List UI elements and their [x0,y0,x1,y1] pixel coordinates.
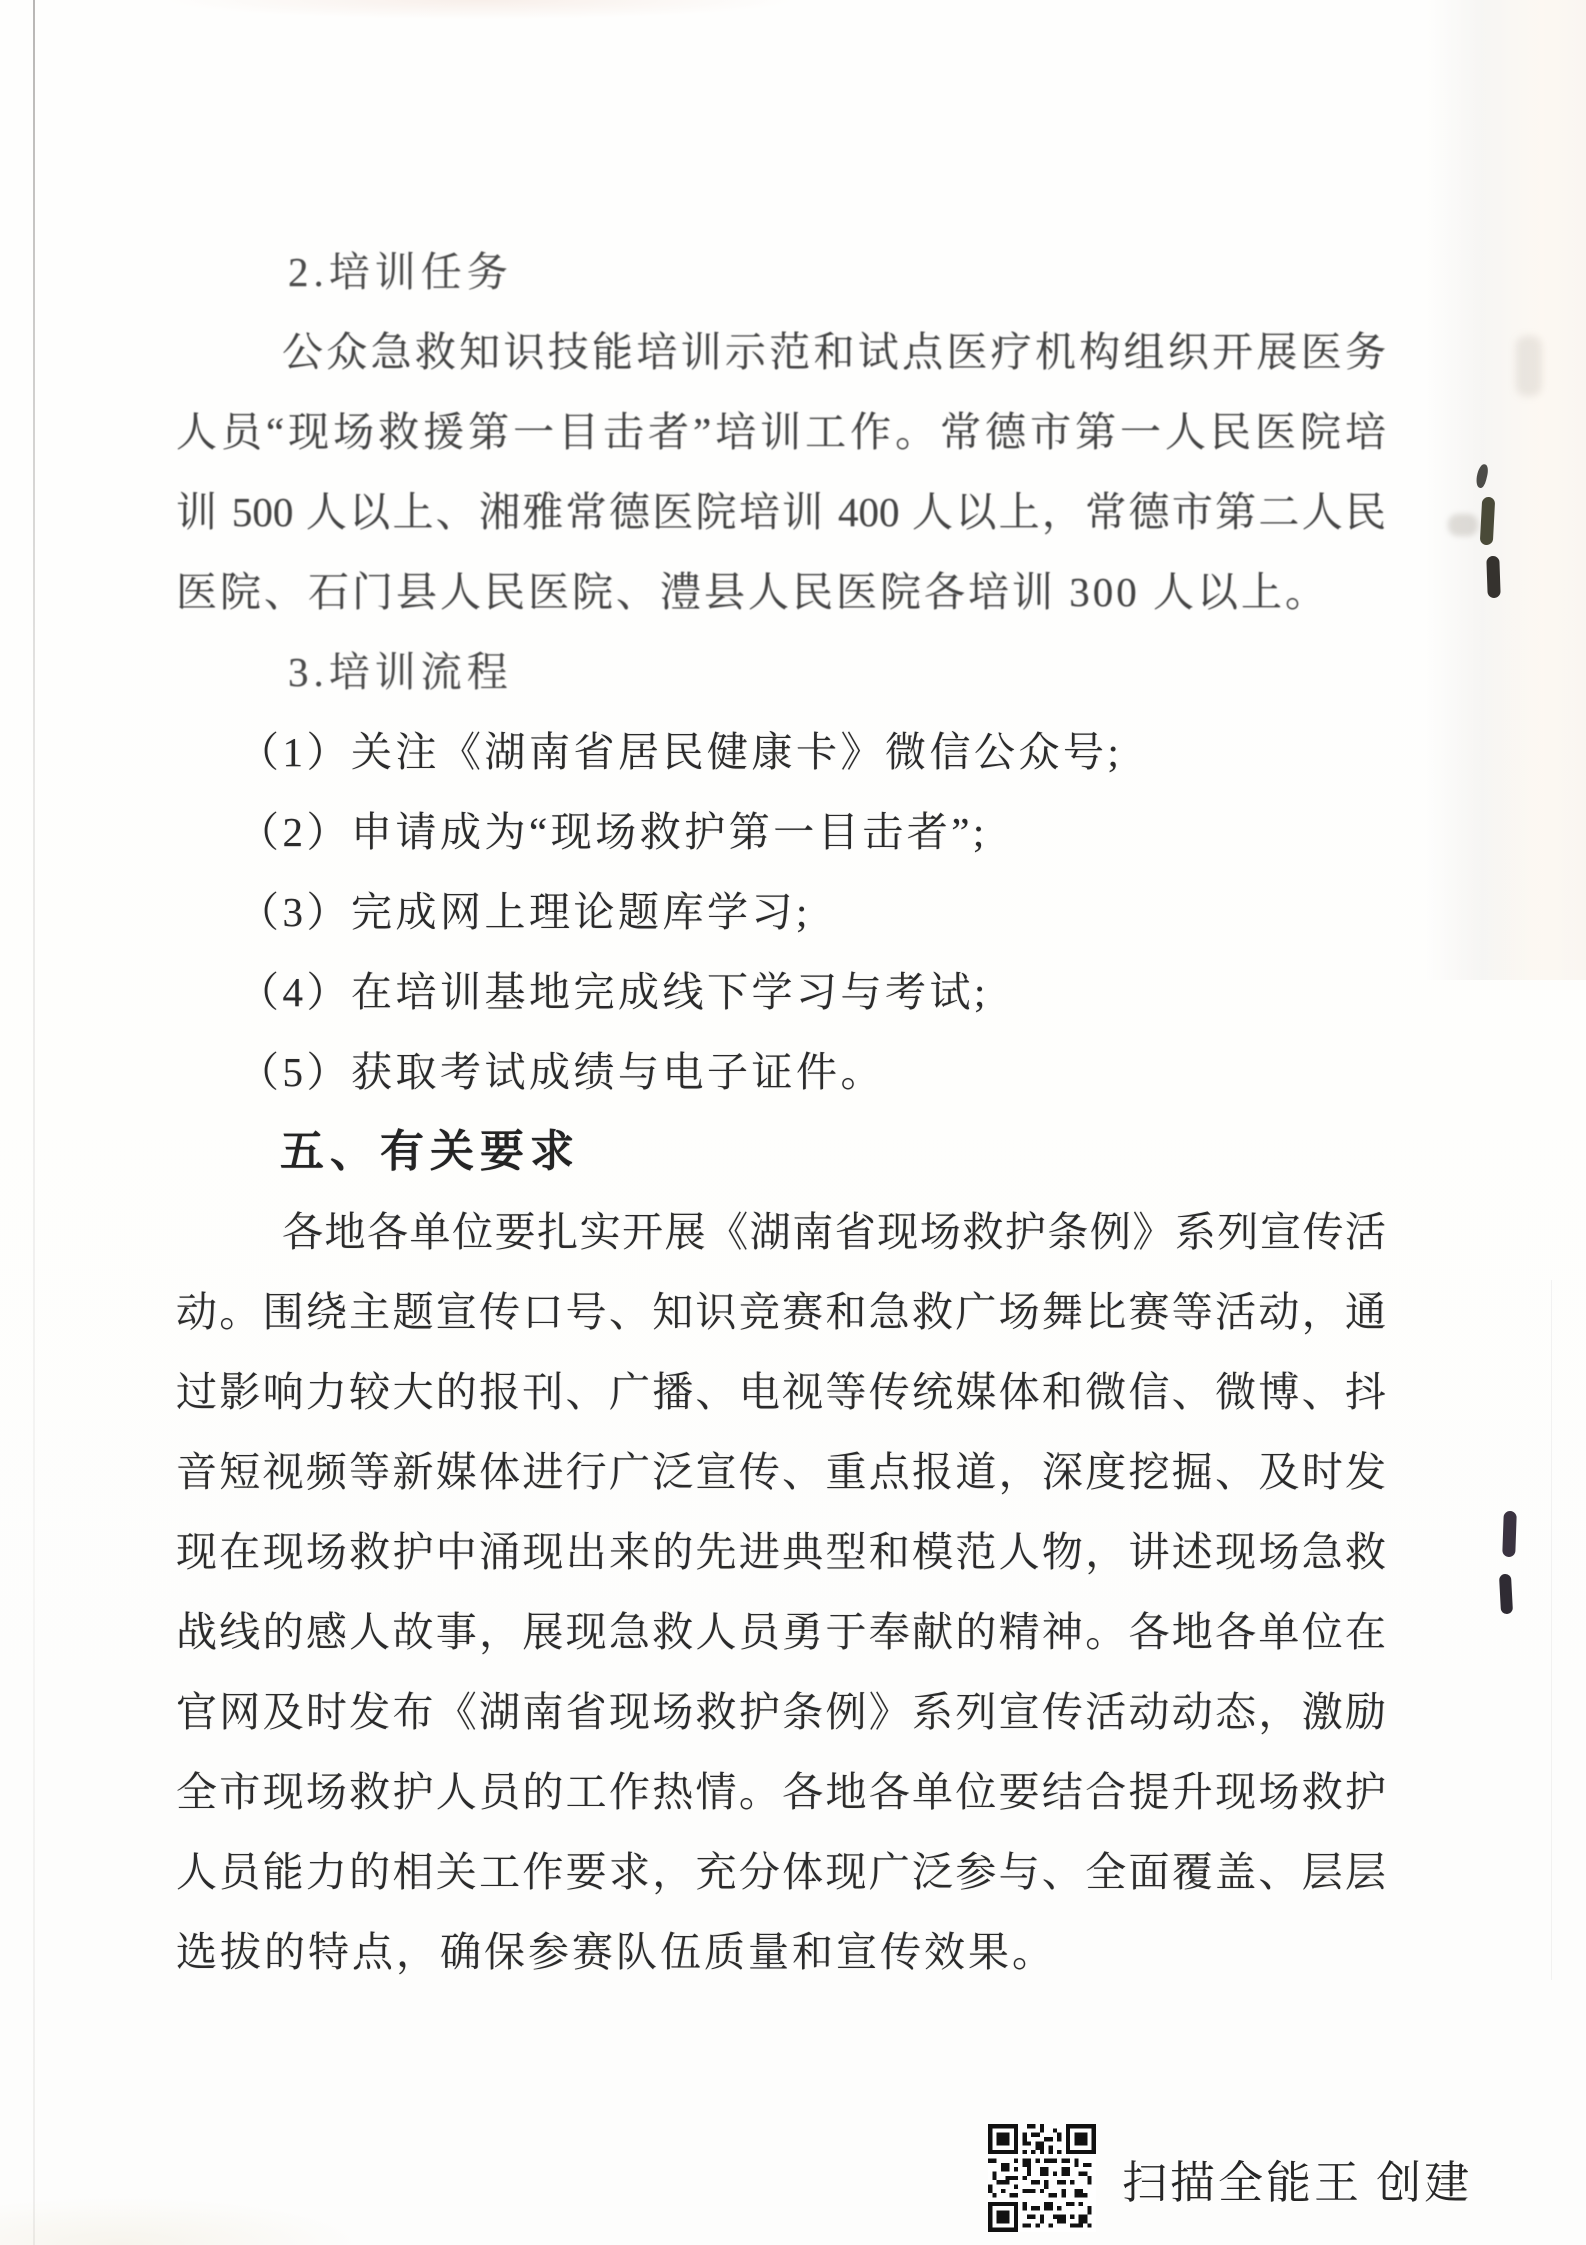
paragraph-line: 人员“现场救援第一目击者”培训工作。常德市第一人民医院培 [176,392,1386,472]
ink-mark [1486,556,1500,598]
paragraph-line: 训 500 人以上、湘雅常德医院培训 400 人以上，常德市第二人民 [176,472,1386,552]
process-step-item: （4）在培训基地完成线下学习与考试; [176,952,1386,1032]
paragraph-line: 人员能力的相关工作要求，充分体现广泛参与、全面覆盖、层层 [176,1832,1386,1912]
ink-mark [1502,1511,1517,1557]
paragraph-line: 各地各单位要扎实开展《湖南省现场救护条例》系列宣传活 [176,1192,1386,1272]
scanned-page: 2.培训任务 公众急救知识技能培训示范和试点医疗机构组织开展医务 人员“现场救援… [0,0,1586,2245]
heading-training-tasks: 2.培训任务 [176,232,1386,312]
paragraph-line: 过影响力较大的报刊、广播、电视等传统媒体和微信、微博、抖 [176,1352,1386,1432]
ink-mark [1480,497,1495,546]
scan-smudge [1448,514,1478,536]
document-body: 2.培训任务 公众急救知识技能培训示范和试点医疗机构组织开展医务 人员“现场救援… [176,232,1386,1992]
scanner-watermark: 扫描全能王 创建 [988,2122,1472,2234]
scan-right-edge-line [1551,1280,1552,1980]
paragraph-line: 医院、石门县人民医院、澧县人民医院各培训 300 人以上。 [176,552,1386,632]
process-step-item: （2）申请成为“现场救护第一目击者”; [176,792,1386,872]
paragraph-line: 现在现场救护中涌现出来的先进典型和模范人物，讲述现场急救 [176,1512,1386,1592]
paragraph-line: 音短视频等新媒体进行广泛宣传、重点报道，深度挖掘、及时发 [176,1432,1386,1512]
process-step-item: （5）获取考试成绩与电子证件。 [176,1032,1386,1112]
scan-fold-band [1426,0,1586,980]
paragraph-line: 官网及时发布《湖南省现场救护条例》系列宣传活动动态，激励 [176,1672,1386,1752]
paragraph-line: 公众急救知识技能培训示范和试点医疗机构组织开展医务 [176,312,1386,392]
process-step-item: （3）完成网上理论题库学习; [176,872,1386,952]
heading-training-process: 3.培训流程 [176,632,1386,712]
paragraph-line: 全市现场救护人员的工作热情。各地各单位要结合提升现场救护 [176,1752,1386,1832]
heading-requirements: 五、有关要求 [176,1112,1386,1192]
paragraph-line: 动。围绕主题宣传口号、知识竞赛和急救广场舞比赛等活动，通 [176,1272,1386,1352]
scan-smudge [1516,336,1542,396]
paragraph-line: 战线的感人故事，展现急救人员勇于奉献的精神。各地各单位在 [176,1592,1386,1672]
process-step-item: （1）关注《湖南省居民健康卡》微信公众号; [176,712,1386,792]
scan-left-edge-line [33,0,35,2245]
ink-mark [1499,1574,1513,1615]
qr-code-icon [988,2124,1096,2232]
scanner-app-label: 扫描全能王 创建 [1122,2146,1472,2211]
paragraph-line: 选拔的特点，确保参赛队伍质量和宣传效果。 [176,1912,1386,1992]
